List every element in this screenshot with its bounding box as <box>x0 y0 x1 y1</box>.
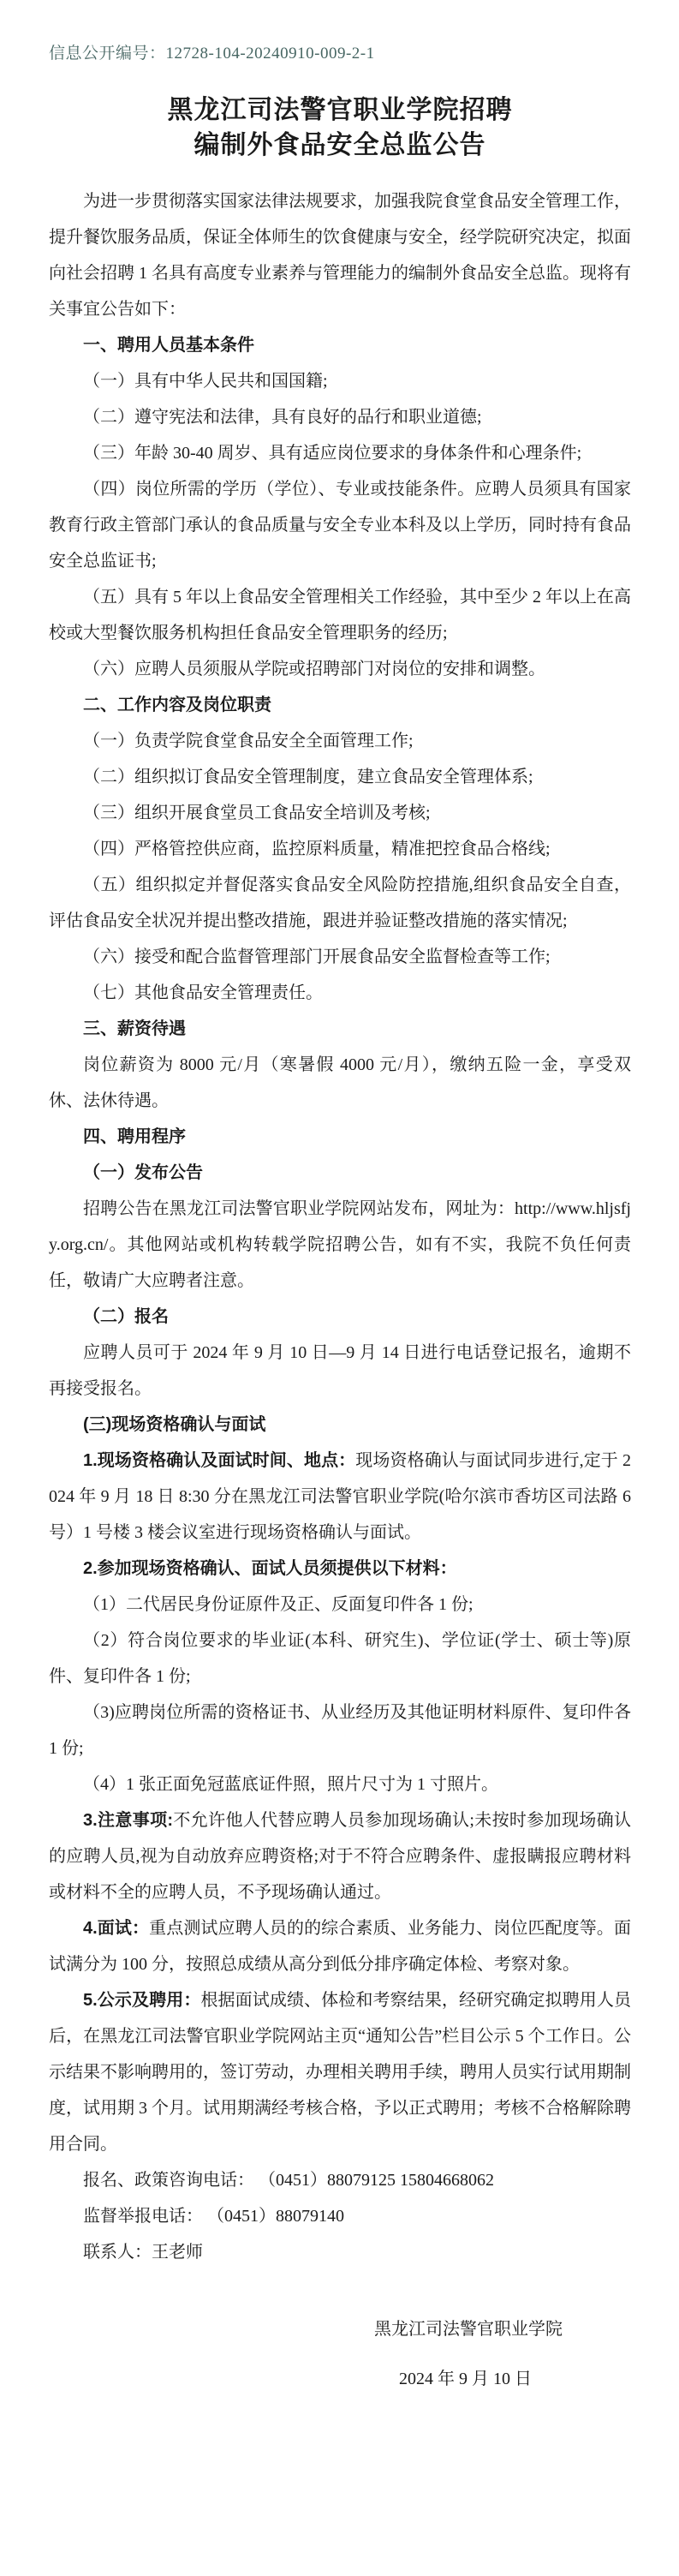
paragraph: （五）具有 5 年以上食品安全管理相关工作经验，其中至少 2 年以上在高校或大型… <box>49 579 631 651</box>
paragraph: 4.面试：重点测试应聘人员的的综合素质、业务能力、岗位匹配度等。面试满分为 10… <box>49 1910 631 1982</box>
paragraph: （五）组织拟定并督促落实食品安全风险防控措施,组织食品安全自查，评估食品安全状况… <box>49 867 631 939</box>
paragraph: 招聘公告在黑龙江司法警官职业学院网站发布，网址为：http://www.hljs… <box>49 1191 631 1299</box>
paragraph: 5.公示及聘用：根据面试成绩、体检和考察结果，经研究确定拟聘用人员后，在黑龙江司… <box>49 1982 631 2162</box>
page-title-line2: 编制外食品安全总监公告 <box>194 131 486 159</box>
paragraph: 岗位薪资为 8000 元/月（寒暑假 4000 元/月），缴纳五险一金，享受双休… <box>49 1047 631 1119</box>
signature-block: 黑龙江司法警官职业学院 2024 年 9 月 10 日 <box>49 2311 631 2397</box>
paragraph: （一）具有中华人民共和国国籍; <box>49 363 631 399</box>
section-heading: 三、薪资待遇 <box>49 1011 631 1047</box>
paragraph-bold-lead: 5.公示及聘用： <box>83 1991 200 2010</box>
paragraph: （七）其他食品安全管理责任。 <box>49 975 631 1011</box>
paragraph: 报名、政策咨询电话： （0451）88079125 15804668062 <box>49 2162 631 2198</box>
document-page: 信息公开编号：12728-104-20240910-009-2-1 黑龙江司法警… <box>0 0 679 2576</box>
signature-date: 2024 年 9 月 10 日 <box>49 2361 631 2397</box>
paragraph: 为进一步贯彻落实国家法律法规要求，加强我院食堂食品安全管理工作，提升餐饮服务品质… <box>49 183 631 327</box>
document-blocks: 为进一步贯彻落实国家法律法规要求，加强我院食堂食品安全管理工作，提升餐饮服务品质… <box>49 183 631 2270</box>
section-heading: （一）发布公告 <box>49 1155 631 1191</box>
section-heading: 一、聘用人员基本条件 <box>49 327 631 363</box>
section-heading: 四、聘用程序 <box>49 1119 631 1155</box>
paragraph: （2）符合岗位要求的毕业证(本科、研究生)、学位证(学士、硕士等)原件、复印件各… <box>49 1623 631 1694</box>
paragraph: （4）1 张正面免冠蓝底证件照，照片尺寸为 1 寸照片。 <box>49 1766 631 1802</box>
paragraph-bold-lead: 1.现场资格确认及面试时间、地点： <box>83 1451 355 1470</box>
doc-number: 信息公开编号：12728-104-20240910-009-2-1 <box>49 43 631 65</box>
paragraph: （二）遵守宪法和法律，具有良好的品行和职业道德; <box>49 399 631 435</box>
section-heading: 2.参加现场资格确认、面试人员须提供以下材料： <box>49 1551 631 1587</box>
paragraph: 3.注意事项:不允许他人代替应聘人员参加现场确认;未按时参加现场确认的应聘人员,… <box>49 1802 631 1910</box>
paragraph: （三）组织开展食堂员工食品安全培训及考核; <box>49 795 631 831</box>
paragraph-bold-lead: 3.注意事项: <box>83 1811 173 1830</box>
signature-org: 黑龙江司法警官职业学院 <box>49 2311 631 2347</box>
paragraph: （六）应聘人员须服从学院或招聘部门对岗位的安排和调整。 <box>49 651 631 687</box>
paragraph: （1）二代居民身份证原件及正、反面复印件各 1 份; <box>49 1587 631 1623</box>
paragraph: 监督举报电话： （0451）88079140 <box>49 2198 631 2234</box>
paragraph: （四）岗位所需的学历（学位）、专业或技能条件。应聘人员须具有国家教育行政主管部门… <box>49 471 631 579</box>
section-heading: 二、工作内容及岗位职责 <box>49 687 631 723</box>
paragraph: （3)应聘岗位所需的资格证书、从业经历及其他证明材料原件、复印件各 1 份; <box>49 1694 631 1766</box>
paragraph-bold-lead: 4.面试： <box>83 1919 149 1938</box>
paragraph: （三）年龄 30-40 周岁、具有适应岗位要求的身体条件和心理条件; <box>49 435 631 471</box>
paragraph: （一）负责学院食堂食品安全全面管理工作; <box>49 723 631 759</box>
paragraph: 1.现场资格确认及面试时间、地点：现场资格确认与面试同步进行,定于 2024 年… <box>49 1443 631 1551</box>
paragraph: （二）组织拟订食品安全管理制度，建立食品安全管理体系; <box>49 759 631 795</box>
paragraph: （六）接受和配合监督管理部门开展食品安全监督检查等工作; <box>49 939 631 975</box>
paragraph: （四）严格管控供应商，监控原料质量，精准把控食品合格线; <box>49 831 631 867</box>
paragraph: 联系人：王老师 <box>49 2234 631 2270</box>
section-heading: （二）报名 <box>49 1299 631 1335</box>
page-title: 黑龙江司法警官职业学院招聘 编制外食品安全总监公告 <box>49 93 631 163</box>
page-title-line1: 黑龙江司法警官职业学院招聘 <box>168 96 513 124</box>
section-heading: (三)现场资格确认与面试 <box>49 1407 631 1443</box>
paragraph: 应聘人员可于 2024 年 9 月 10 日—9 月 14 日进行电话登记报名，… <box>49 1335 631 1407</box>
